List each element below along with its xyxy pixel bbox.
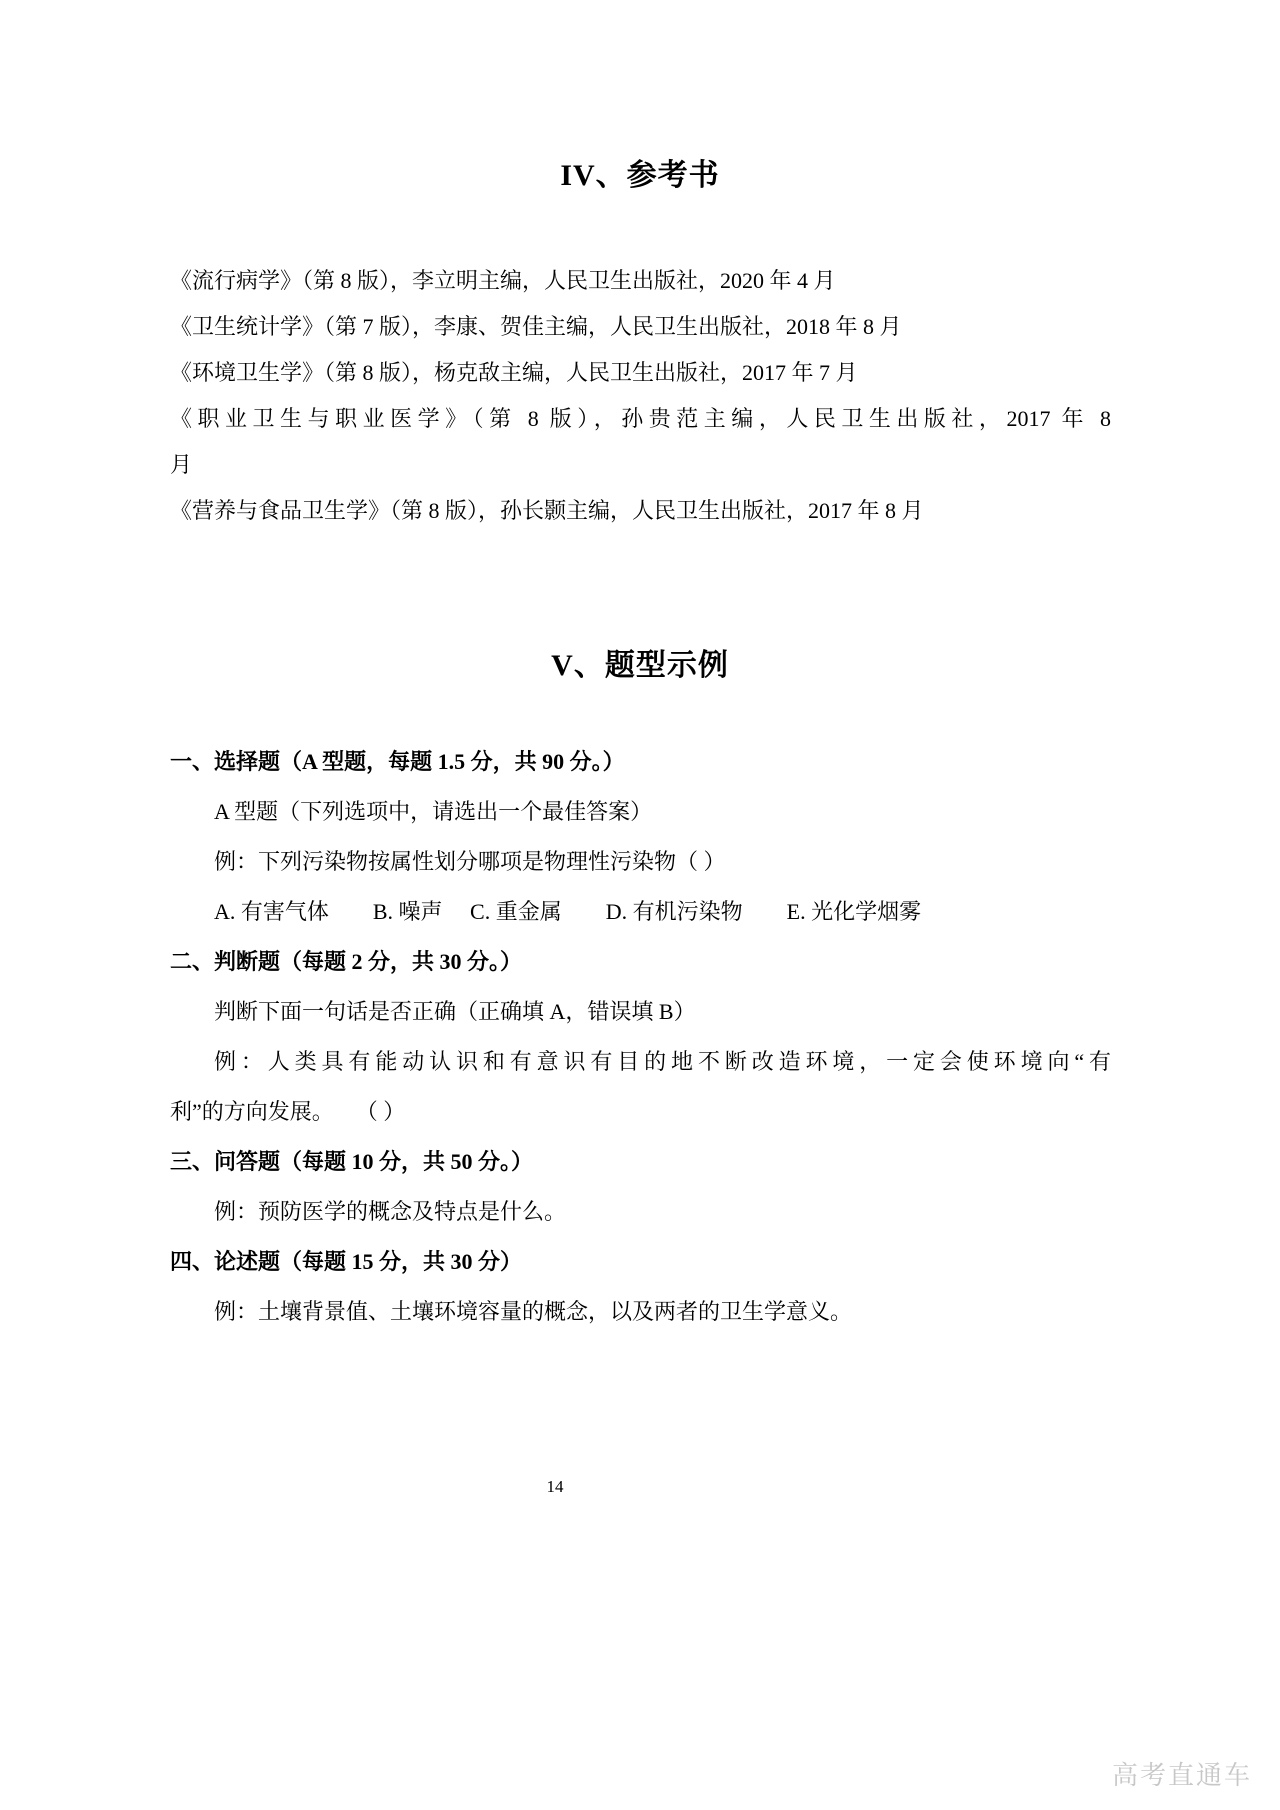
watermark-text: 高考直通车 bbox=[1112, 1755, 1252, 1792]
page-number: 14 bbox=[0, 1477, 1110, 1497]
sample-question-line: 例：预防医学的概念及特点是什么。 bbox=[170, 1187, 1111, 1237]
reference-book-line: 月 bbox=[170, 442, 1111, 488]
sample-question-line: 例：人类具有能动认识和有意识有目的地不断改造环境，一定会使环境向“有 bbox=[170, 1037, 1111, 1087]
sample-section-title: V、题型示例 bbox=[0, 648, 1280, 684]
reference-book-line: 《职业卫生与职业医学》（第 8 版），孙贵范主编，人民卫生出版社，2017 年 … bbox=[170, 396, 1111, 442]
reference-book-line: 《流行病学》（第 8 版），李立明主编，人民卫生出版社，2020 年 4 月 bbox=[170, 258, 1111, 304]
reference-book-line: 《环境卫生学》（第 8 版），杨克敌主编，人民卫生出版社，2017 年 7 月 bbox=[170, 350, 1111, 396]
sample-question-line: 四、论述题（每题 15 分，共 30 分） bbox=[170, 1237, 1111, 1287]
sample-question-line: 一、选择题（A 型题，每题 1.5 分，共 90 分。） bbox=[170, 737, 1111, 787]
sample-questions-list: 一、选择题（A 型题，每题 1.5 分，共 90 分。）A 型题（下列选项中，请… bbox=[170, 737, 1111, 1337]
reference-book-line: 《卫生统计学》（第 7 版），李康、贺佳主编，人民卫生出版社，2018 年 8 … bbox=[170, 304, 1111, 350]
sample-question-line: 利”的方向发展。 （ ） bbox=[170, 1087, 1111, 1137]
sample-question-line: 例：土壤背景值、土壤环境容量的概念，以及两者的卫生学意义。 bbox=[170, 1287, 1111, 1337]
sample-question-line: A 型题（下列选项中，请选出一个最佳答案） bbox=[170, 787, 1111, 837]
sample-question-line: 三、问答题（每题 10 分，共 50 分。） bbox=[170, 1137, 1111, 1187]
sample-question-line: 例：下列污染物按属性划分哪项是物理性污染物（ ） bbox=[170, 837, 1111, 887]
sample-question-line: A. 有害气体 B. 噪声 C. 重金属 D. 有机污染物 E. 光化学烟雾 bbox=[170, 887, 1111, 937]
reference-section-title: IV、参考书 bbox=[0, 158, 1280, 194]
document-page: IV、参考书 《流行病学》（第 8 版），李立明主编，人民卫生出版社，2020 … bbox=[0, 0, 1280, 1810]
sample-question-line: 判断下面一句话是否正确（正确填 A，错误填 B） bbox=[170, 987, 1111, 1037]
reference-book-line: 《营养与食品卫生学》（第 8 版），孙长颢主编，人民卫生出版社，2017 年 8… bbox=[170, 488, 1111, 534]
reference-book-list: 《流行病学》（第 8 版），李立明主编，人民卫生出版社，2020 年 4 月《卫… bbox=[170, 258, 1111, 534]
sample-question-line: 二、判断题（每题 2 分，共 30 分。） bbox=[170, 937, 1111, 987]
